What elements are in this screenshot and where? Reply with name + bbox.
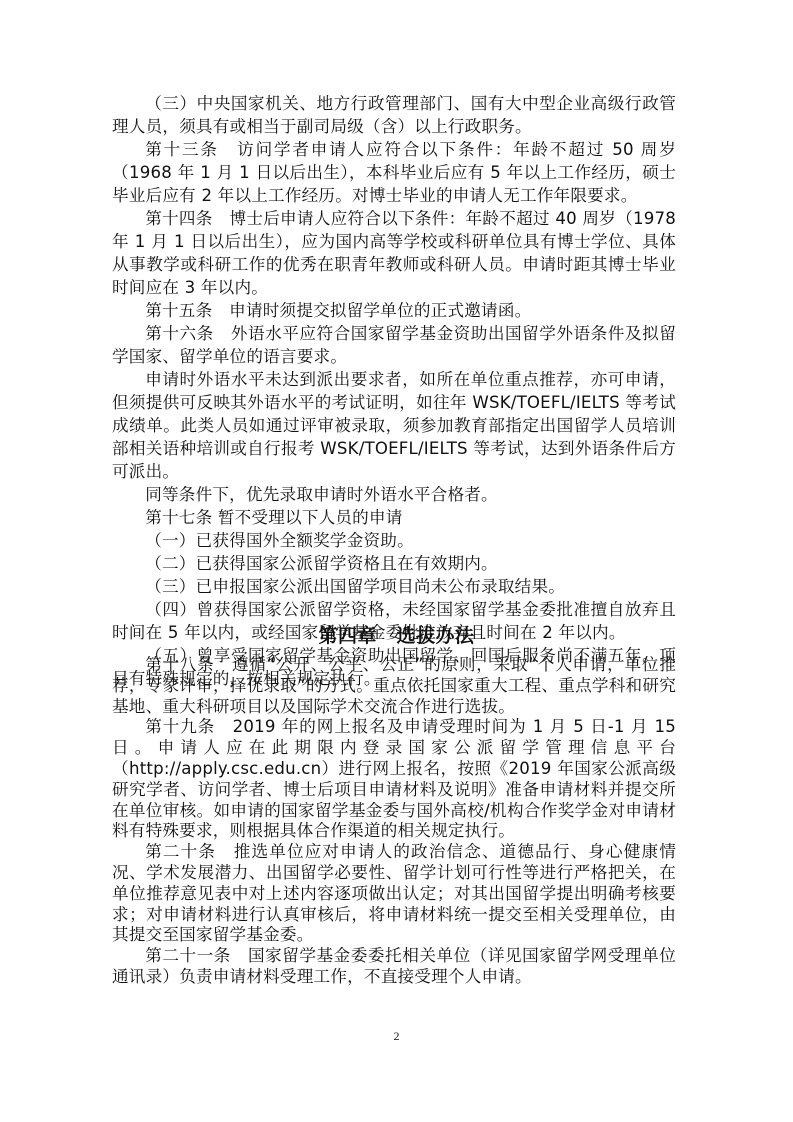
paragraph-article-18: 第十八条 遵循“公开、公平、公正”的原则，采取“个人申请，单位推荐，专家评审，择… bbox=[112, 655, 676, 717]
text-section-selection: 第十八条 遵循“公开、公平、公正”的原则，采取“个人申请，单位推荐，专家评审，择… bbox=[112, 655, 676, 988]
document-page: （三）中央国家机关、地方行政管理部门、国有大中型企业高级行政管理人员，须具有或相… bbox=[0, 0, 793, 1122]
paragraph-article-15: 第十五条 申请时须提交拟留学单位的正式邀请函。 bbox=[112, 299, 676, 322]
list-item-exclusion-2: （二）已获得国家公派留学资格且在有效期内。 bbox=[112, 552, 676, 575]
paragraph-priority: 同等条件下，优先录取申请时外语水平合格者。 bbox=[112, 483, 676, 506]
list-item-exclusion-1: （一）已获得国外全额奖学金资助。 bbox=[112, 529, 676, 552]
paragraph-article-21: 第二十一条 国家留学基金委委托相关单位（详见国家留学网受理单位通讯录）负责申请材… bbox=[112, 946, 676, 988]
text-section-eligibility: （三）中央国家机关、地方行政管理部门、国有大中型企业高级行政管理人员，须具有或相… bbox=[112, 92, 676, 690]
paragraph-language-exception: 申请时外语水平未达到派出要求者，如所在单位重点推荐，亦可申请，但须提供可反映其外… bbox=[112, 368, 676, 483]
paragraph-article-16: 第十六条 外语水平应符合国家留学基金资助出国留学外语条件及拟留学国家、留学单位的… bbox=[112, 322, 676, 368]
paragraph-item-3-senior-officials: （三）中央国家机关、地方行政管理部门、国有大中型企业高级行政管理人员，须具有或相… bbox=[112, 92, 676, 138]
paragraph-article-13: 第十三条 访问学者申请人应符合以下条件：年龄不超过 50 周岁（1968 年 1… bbox=[112, 138, 676, 207]
chapter-heading: 第四章 选拔办法 bbox=[0, 623, 793, 649]
list-item-exclusion-3: （三）已申报国家公派出国留学项目尚未公布录取结果。 bbox=[112, 575, 676, 598]
paragraph-article-19: 第十九条 2019 年的网上报名及申请受理时间为 1 月 5 日-1 月 15 … bbox=[112, 717, 676, 842]
page-number: 2 bbox=[0, 1029, 793, 1044]
paragraph-article-17: 第十七条 暂不受理以下人员的申请 bbox=[112, 506, 676, 529]
paragraph-article-20: 第二十条 推选单位应对申请人的政治信念、道德品行、身心健康情况、学术发展潜力、出… bbox=[112, 842, 676, 946]
paragraph-article-14: 第十四条 博士后申请人应符合以下条件：年龄不超过 40 周岁（1978 年 1 … bbox=[112, 207, 676, 299]
